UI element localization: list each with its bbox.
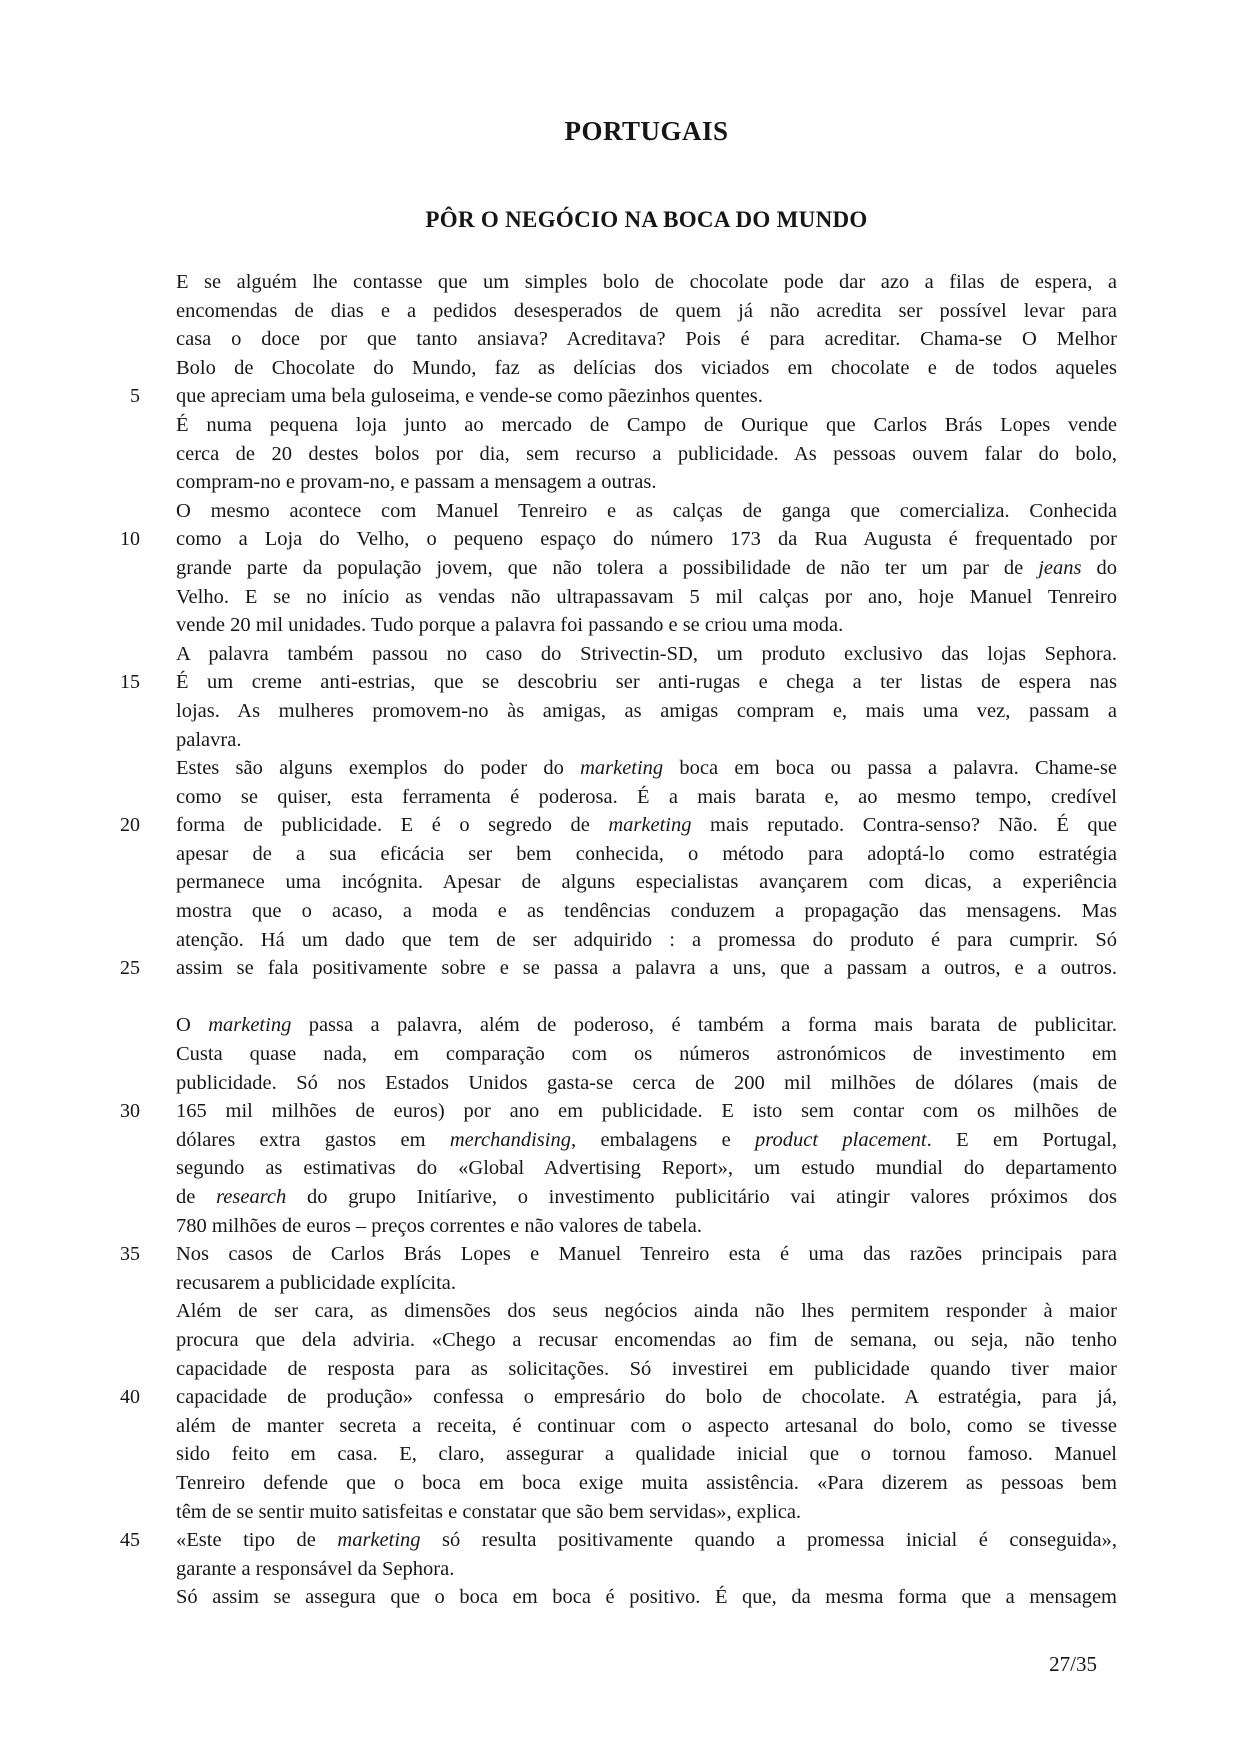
text-line: vende 20 mil unidades. Tudo porque a pal… bbox=[100, 611, 1117, 640]
line-number bbox=[100, 1212, 140, 1241]
line-number bbox=[100, 497, 140, 526]
line-number bbox=[100, 554, 140, 583]
line-text: Só assim se assegura que o boca em boca … bbox=[176, 1583, 1117, 1612]
line-number bbox=[100, 754, 140, 783]
text-line: O mesmo acontece com Manuel Tenreiro e a… bbox=[100, 497, 1117, 526]
line-text: Estes são alguns exemplos do poder do ma… bbox=[176, 754, 1117, 783]
line-number bbox=[100, 611, 140, 640]
text-line: 780 milhões de euros – preços correntes … bbox=[100, 1212, 1117, 1241]
line-text: Tenreiro defende que o boca em boca exig… bbox=[176, 1469, 1117, 1498]
line-text: vende 20 mil unidades. Tudo porque a pal… bbox=[176, 611, 1117, 640]
line-text: recusarem a publicidade explícita. bbox=[176, 1269, 1117, 1298]
line-number: 30 bbox=[100, 1097, 140, 1126]
line-number: 15 bbox=[100, 668, 140, 697]
line-number bbox=[100, 868, 140, 897]
line-number bbox=[100, 840, 140, 869]
italic-term: merchandising bbox=[450, 1129, 571, 1151]
line-text: publicidade. Só nos Estados Unidos gasta… bbox=[176, 1069, 1117, 1098]
italic-term: jeans bbox=[1038, 557, 1081, 579]
text-line: Além de ser cara, as dimensões dos seus … bbox=[100, 1297, 1117, 1326]
line-text: capacidade de produção» confessa o empre… bbox=[176, 1383, 1117, 1412]
line-text: cerca de 20 destes bolos por dia, sem re… bbox=[176, 440, 1117, 469]
line-number: 25 bbox=[100, 954, 140, 983]
line-text: sido feito em casa. E, claro, assegurar … bbox=[176, 1440, 1117, 1469]
line-text: de research do grupo Initíarive, o inves… bbox=[176, 1183, 1117, 1212]
line-text: 165 mil milhões de euros) por ano em pub… bbox=[176, 1097, 1117, 1126]
document-page: PORTUGAIS PÔR O NEGÓCIO NA BOCA DO MUNDO… bbox=[0, 0, 1240, 1754]
line-number bbox=[100, 1154, 140, 1183]
text-line: 35Nos casos de Carlos Brás Lopes e Manue… bbox=[100, 1240, 1117, 1269]
text-line: 45«Este tipo de marketing só resulta pos… bbox=[100, 1526, 1117, 1555]
line-text: É um creme anti-estrias, que se descobri… bbox=[176, 668, 1117, 697]
line-number bbox=[100, 1269, 140, 1298]
line-text bbox=[176, 983, 1117, 1012]
text-line: mostra que o acaso, a moda e as tendênci… bbox=[100, 897, 1117, 926]
line-text: A palavra também passou no caso do Striv… bbox=[176, 640, 1117, 669]
text-line: 10como a Loja do Velho, o pequeno espaço… bbox=[100, 525, 1117, 554]
text-line: cerca de 20 destes bolos por dia, sem re… bbox=[100, 440, 1117, 469]
line-text: O mesmo acontece com Manuel Tenreiro e a… bbox=[176, 497, 1117, 526]
line-text: «Este tipo de marketing só resulta posit… bbox=[176, 1526, 1117, 1555]
line-text: apesar de a sua eficácia ser bem conheci… bbox=[176, 840, 1117, 869]
text-line: 40capacidade de produção» confessa o emp… bbox=[100, 1383, 1117, 1412]
line-text: Bolo de Chocolate do Mundo, faz as delíc… bbox=[176, 354, 1117, 383]
line-number: 5 bbox=[100, 382, 140, 411]
line-text: capacidade de resposta para as solicitaç… bbox=[176, 1355, 1117, 1384]
text-line: segundo as estimativas do «Global Advert… bbox=[100, 1154, 1117, 1183]
line-number bbox=[100, 926, 140, 955]
text-line: 15É um creme anti-estrias, que se descob… bbox=[100, 668, 1117, 697]
line-number bbox=[100, 1326, 140, 1355]
line-number bbox=[100, 983, 140, 1012]
text-line: E se alguém lhe contasse que um simples … bbox=[100, 268, 1117, 297]
italic-term: marketing bbox=[337, 1529, 420, 1551]
line-number bbox=[100, 440, 140, 469]
text-line: Estes são alguns exemplos do poder do ma… bbox=[100, 754, 1117, 783]
text-line: casa o doce por que tanto ansiava? Acred… bbox=[100, 325, 1117, 354]
line-text: E se alguém lhe contasse que um simples … bbox=[176, 268, 1117, 297]
text-line: Só assim se assegura que o boca em boca … bbox=[100, 1583, 1117, 1612]
line-number bbox=[100, 1011, 140, 1040]
text-line: 5que apreciam uma bela guloseima, e vend… bbox=[100, 382, 1117, 411]
line-number bbox=[100, 1297, 140, 1326]
section-title: PÔR O NEGÓCIO NA BOCA DO MUNDO bbox=[176, 206, 1117, 233]
line-number bbox=[100, 354, 140, 383]
line-text: permanece uma incógnita. Apesar de algun… bbox=[176, 868, 1117, 897]
text-body: E se alguém lhe contasse que um simples … bbox=[100, 268, 1117, 1612]
text-line: grande parte da população jovem, que não… bbox=[100, 554, 1117, 583]
line-text: que apreciam uma bela guloseima, e vende… bbox=[176, 382, 1117, 411]
line-number bbox=[100, 468, 140, 497]
line-text: atenção. Há um dado que tem de ser adqui… bbox=[176, 926, 1117, 955]
text-line: Velho. E se no início as vendas não ultr… bbox=[100, 583, 1117, 612]
text-line: 20forma de publicidade. E é o segredo de… bbox=[100, 811, 1117, 840]
text-line: dólares extra gastos em merchandising, e… bbox=[100, 1126, 1117, 1155]
text-line: compram-no e provam-no, e passam a mensa… bbox=[100, 468, 1117, 497]
line-text: assim se fala positivamente sobre e se p… bbox=[176, 954, 1117, 983]
line-number bbox=[100, 783, 140, 812]
text-line: além de manter secreta a receita, é cont… bbox=[100, 1412, 1117, 1441]
line-number: 45 bbox=[100, 1526, 140, 1555]
line-number bbox=[100, 583, 140, 612]
line-text: além de manter secreta a receita, é cont… bbox=[176, 1412, 1117, 1441]
line-text: É numa pequena loja junto ao mercado de … bbox=[176, 411, 1117, 440]
italic-term: marketing bbox=[608, 814, 691, 836]
line-text: garante a responsável da Sephora. bbox=[176, 1555, 1117, 1584]
italic-term: research bbox=[216, 1186, 286, 1208]
line-text: Além de ser cara, as dimensões dos seus … bbox=[176, 1297, 1117, 1326]
line-text: O marketing passa a palavra, além de pod… bbox=[176, 1011, 1117, 1040]
line-text: Velho. E se no início as vendas não ultr… bbox=[176, 583, 1117, 612]
line-text: dólares extra gastos em merchandising, e… bbox=[176, 1126, 1117, 1155]
text-line: palavra. bbox=[100, 726, 1117, 755]
text-line: procura que dela adviria. «Chego a recus… bbox=[100, 1326, 1117, 1355]
line-number bbox=[100, 1183, 140, 1212]
line-text: 780 milhões de euros – preços correntes … bbox=[176, 1212, 1117, 1241]
line-number bbox=[100, 1583, 140, 1612]
line-text: forma de publicidade. E é o segredo de m… bbox=[176, 811, 1117, 840]
line-number bbox=[100, 1412, 140, 1441]
line-number bbox=[100, 268, 140, 297]
text-line: 25assim se fala positivamente sobre e se… bbox=[100, 954, 1117, 983]
line-text: mostra que o acaso, a moda e as tendênci… bbox=[176, 897, 1117, 926]
line-number bbox=[100, 640, 140, 669]
text-line: de research do grupo Initíarive, o inves… bbox=[100, 1183, 1117, 1212]
text-line: sido feito em casa. E, claro, assegurar … bbox=[100, 1440, 1117, 1469]
line-number bbox=[100, 1440, 140, 1469]
line-number bbox=[100, 1469, 140, 1498]
line-text: casa o doce por que tanto ansiava? Acred… bbox=[176, 325, 1117, 354]
text-line: garante a responsável da Sephora. bbox=[100, 1555, 1117, 1584]
line-text: procura que dela adviria. «Chego a recus… bbox=[176, 1326, 1117, 1355]
text-line: Tenreiro defende que o boca em boca exig… bbox=[100, 1469, 1117, 1498]
italic-term: product placement bbox=[755, 1129, 927, 1151]
text-line: É numa pequena loja junto ao mercado de … bbox=[100, 411, 1117, 440]
line-text: Custa quase nada, em comparação com os n… bbox=[176, 1040, 1117, 1069]
line-number bbox=[100, 897, 140, 926]
line-number: 35 bbox=[100, 1240, 140, 1269]
line-number bbox=[100, 1040, 140, 1069]
text-line: como se quiser, esta ferramenta é podero… bbox=[100, 783, 1117, 812]
text-line bbox=[100, 983, 1117, 1012]
page-number: 27/35 bbox=[176, 1652, 1097, 1676]
text-line: O marketing passa a palavra, além de pod… bbox=[100, 1011, 1117, 1040]
text-line: capacidade de resposta para as solicitaç… bbox=[100, 1355, 1117, 1384]
line-number bbox=[100, 1555, 140, 1584]
line-text: grande parte da população jovem, que não… bbox=[176, 554, 1117, 583]
line-number bbox=[100, 697, 140, 726]
line-text: palavra. bbox=[176, 726, 1117, 755]
text-line: 30165 mil milhões de euros) por ano em p… bbox=[100, 1097, 1117, 1126]
line-number bbox=[100, 297, 140, 326]
line-number bbox=[100, 1498, 140, 1527]
line-text: têm de se sentir muito satisfeitas e con… bbox=[176, 1498, 1117, 1527]
line-text: compram-no e provam-no, e passam a mensa… bbox=[176, 468, 1117, 497]
line-number: 10 bbox=[100, 525, 140, 554]
line-text: encomendas de dias e a pedidos desespera… bbox=[176, 297, 1117, 326]
text-line: permanece uma incógnita. Apesar de algun… bbox=[100, 868, 1117, 897]
text-line: A palavra também passou no caso do Striv… bbox=[100, 640, 1117, 669]
line-number bbox=[100, 325, 140, 354]
page-title: PORTUGAIS bbox=[176, 116, 1117, 147]
line-text: Nos casos de Carlos Brás Lopes e Manuel … bbox=[176, 1240, 1117, 1269]
text-line: encomendas de dias e a pedidos desespera… bbox=[100, 297, 1117, 326]
text-line: publicidade. Só nos Estados Unidos gasta… bbox=[100, 1069, 1117, 1098]
line-text: como a Loja do Velho, o pequeno espaço d… bbox=[176, 525, 1117, 554]
line-number bbox=[100, 1069, 140, 1098]
line-number: 20 bbox=[100, 811, 140, 840]
line-text: segundo as estimativas do «Global Advert… bbox=[176, 1154, 1117, 1183]
line-number bbox=[100, 411, 140, 440]
line-text: lojas. As mulheres promovem-no às amigas… bbox=[176, 697, 1117, 726]
text-line: lojas. As mulheres promovem-no às amigas… bbox=[100, 697, 1117, 726]
text-line: Custa quase nada, em comparação com os n… bbox=[100, 1040, 1117, 1069]
line-number bbox=[100, 726, 140, 755]
text-line: Bolo de Chocolate do Mundo, faz as delíc… bbox=[100, 354, 1117, 383]
line-text: como se quiser, esta ferramenta é podero… bbox=[176, 783, 1117, 812]
text-line: atenção. Há um dado que tem de ser adqui… bbox=[100, 926, 1117, 955]
line-number bbox=[100, 1126, 140, 1155]
text-line: têm de se sentir muito satisfeitas e con… bbox=[100, 1498, 1117, 1527]
line-number bbox=[100, 1355, 140, 1384]
text-line: recusarem a publicidade explícita. bbox=[100, 1269, 1117, 1298]
italic-term: marketing bbox=[208, 1014, 291, 1036]
line-number: 40 bbox=[100, 1383, 140, 1412]
italic-term: marketing bbox=[580, 757, 663, 779]
text-line: apesar de a sua eficácia ser bem conheci… bbox=[100, 840, 1117, 869]
